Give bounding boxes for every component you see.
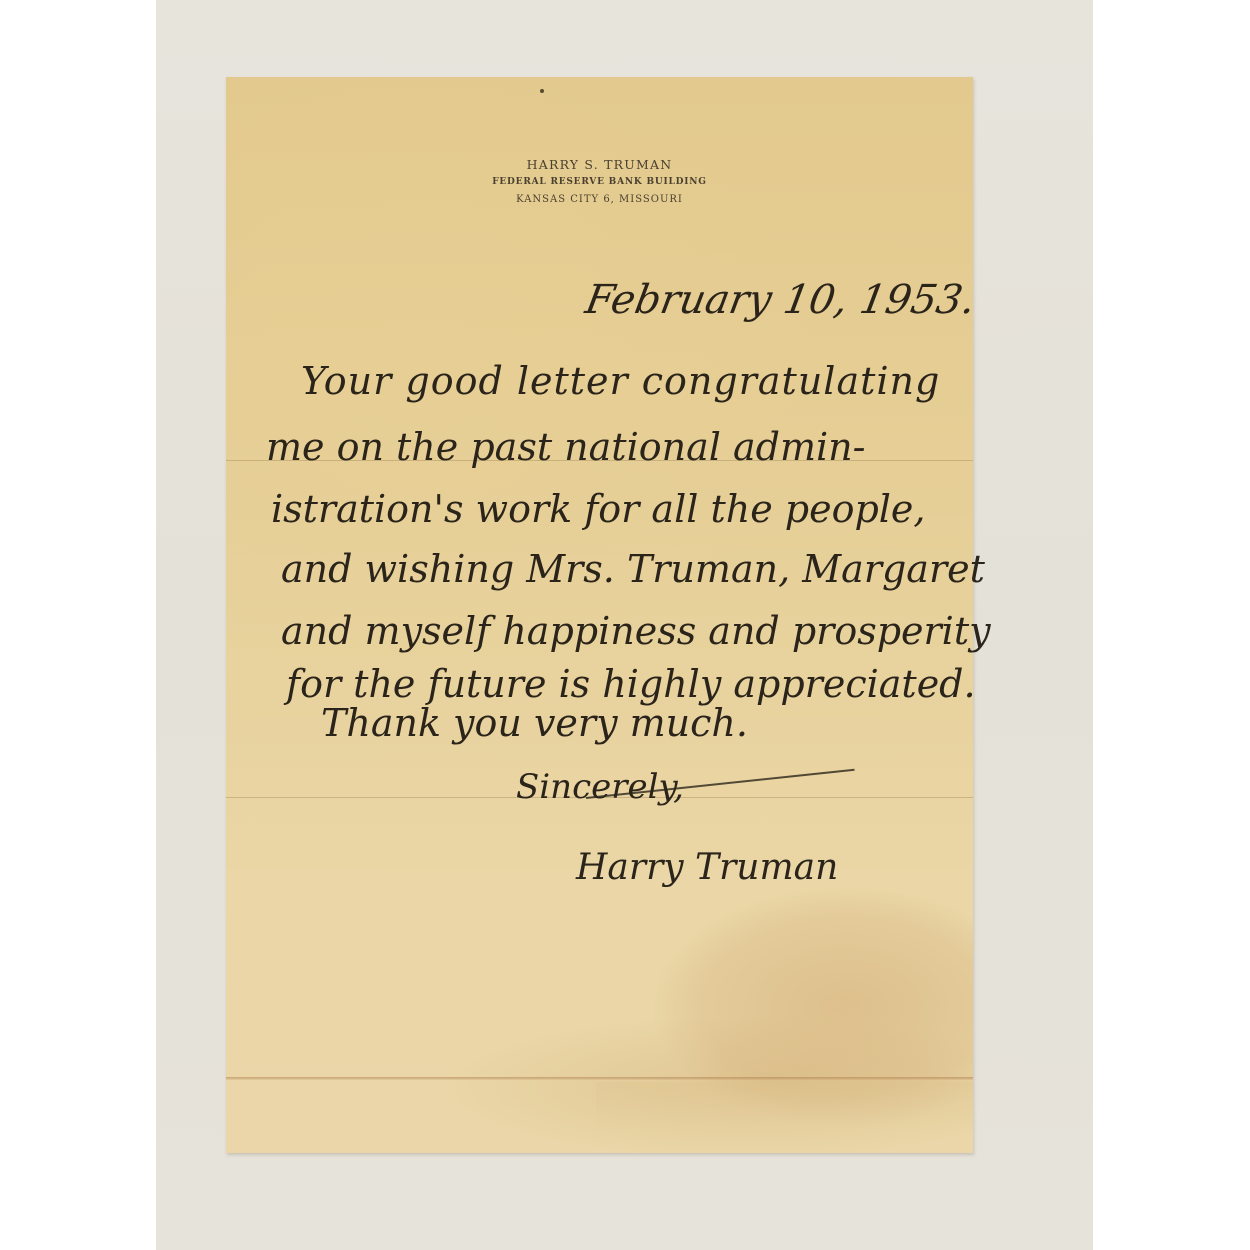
letterhead-name: HARRY S. TRUMAN (226, 157, 973, 172)
body-line: Thank you very much. (321, 701, 748, 745)
body-line: istration's work for all the people, (271, 487, 926, 531)
body-line: and myself happiness and prosperity (281, 609, 991, 653)
letterhead-address-line2: KANSAS CITY 6, MISSOURI (226, 194, 973, 205)
paper-speck (540, 89, 544, 93)
letter-paper: HARRY S. TRUMAN FEDERAL RESERVE BANK BUI… (226, 77, 973, 1153)
body-line: Your good letter congratulating (301, 359, 940, 403)
water-stain (596, 1082, 973, 1130)
letter-date: February 10, 1953. (582, 277, 979, 323)
letter-closing: Sincerely, (516, 767, 684, 807)
letterhead-address-line1: FEDERAL RESERVE BANK BUILDING (226, 177, 973, 187)
body-line: and wishing Mrs. Truman, Margaret (281, 547, 985, 591)
fold-crease-bottom (226, 1077, 973, 1080)
letter-signature: Harry Truman (576, 847, 838, 888)
body-line: for the future is highly appreciated. (286, 662, 976, 706)
body-line: me on the past national admin- (266, 425, 865, 469)
